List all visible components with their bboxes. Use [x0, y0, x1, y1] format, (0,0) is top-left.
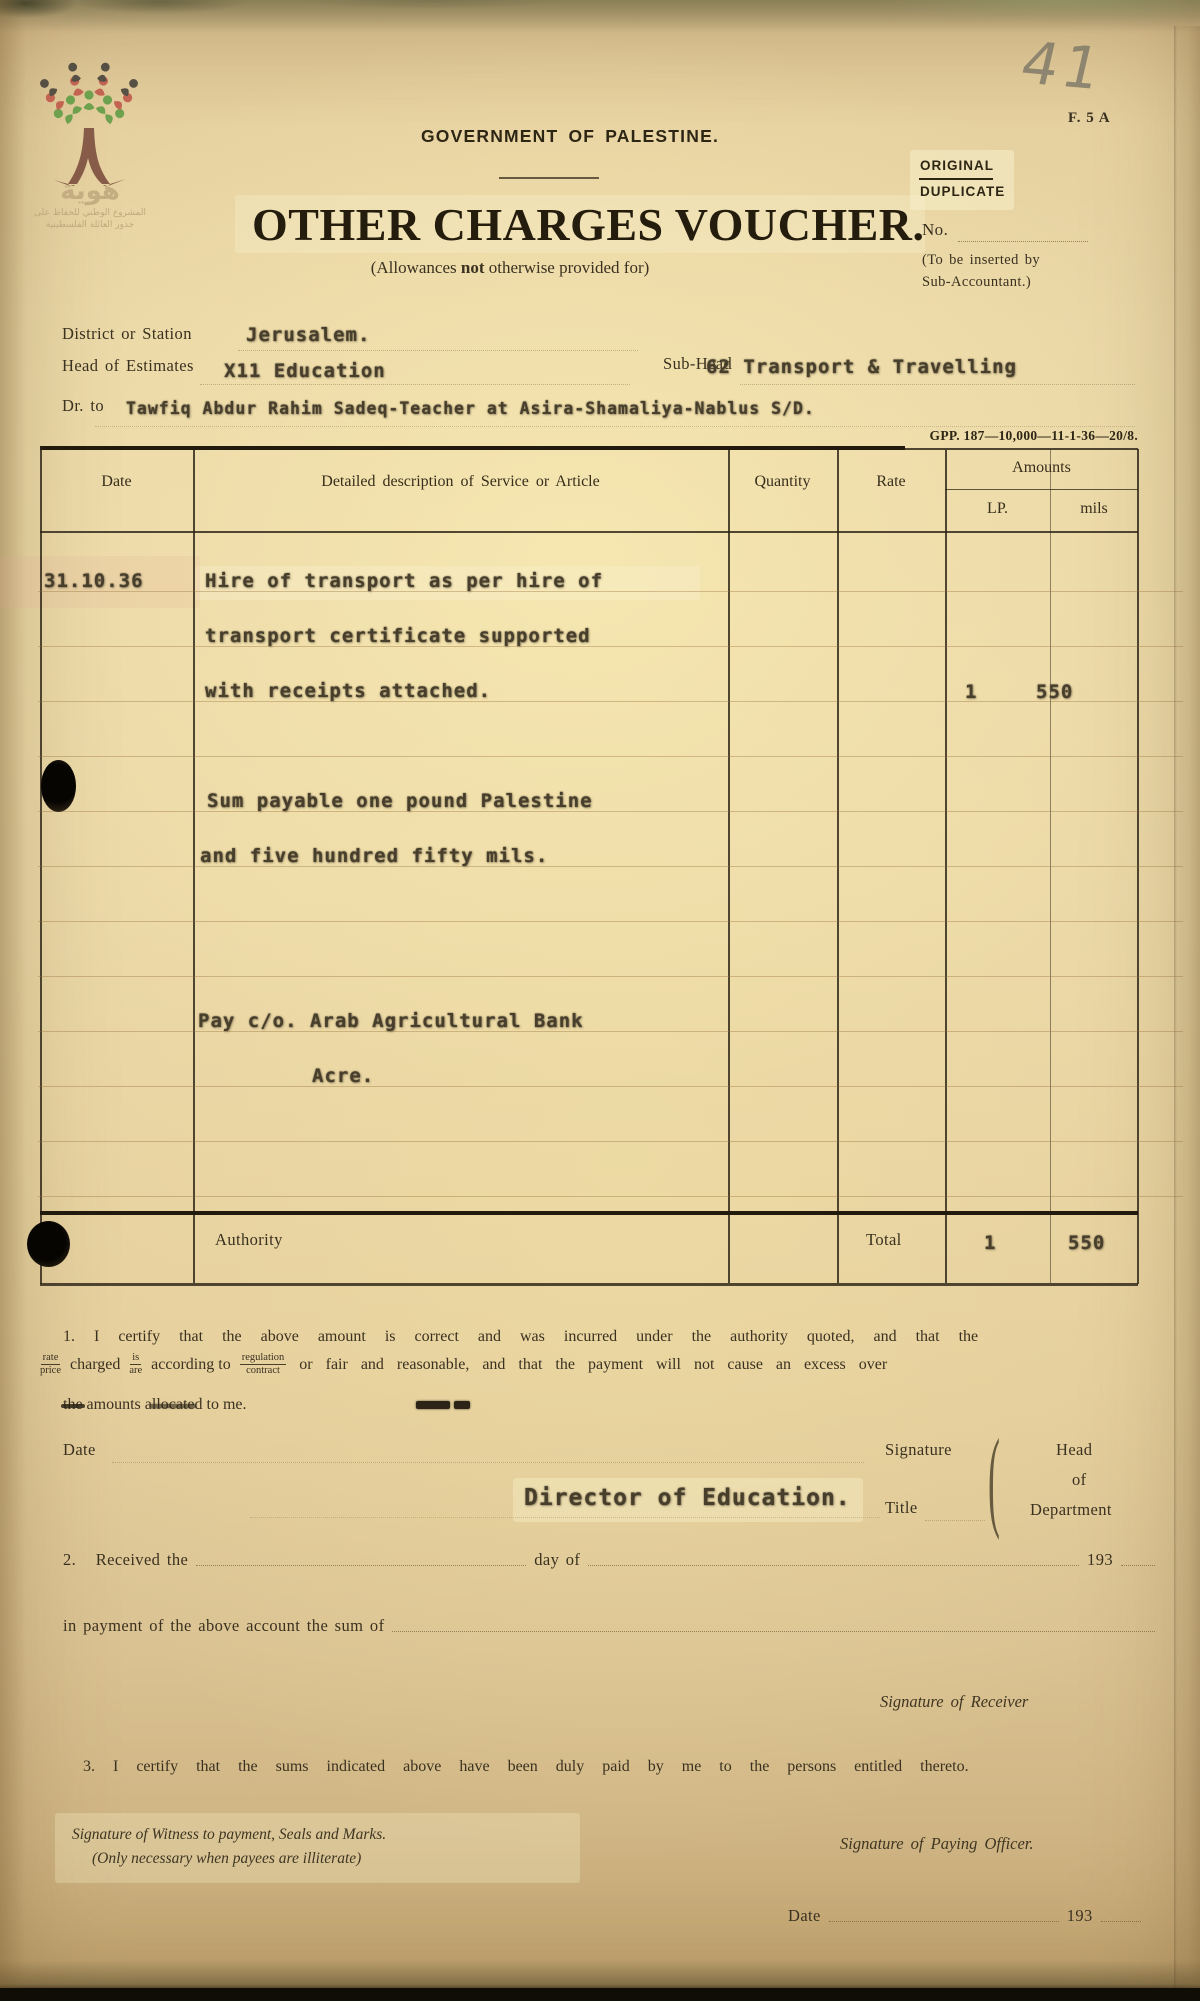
punch-hole — [27, 1221, 70, 1267]
entry-desc-line3: with receipts attached. — [205, 682, 491, 701]
witness-signature-line1: Signature of Witness to payment, Seals a… — [72, 1826, 386, 1844]
sum-note-line1: Sum payable one pound Palestine — [207, 792, 593, 811]
department-brace: ( — [988, 1432, 1000, 1527]
entry-desc-line2: transport certificate supported — [205, 627, 591, 646]
fraction-bottom: price — [40, 1365, 61, 1377]
form-code: F. 5 A — [1068, 110, 1111, 127]
print-reference: GPP. 187—10,000—11-1-36—20/8. — [850, 428, 1138, 444]
voucher-scan: هوية المشروع الوطني للحفاظ على جذور العا… — [0, 0, 1200, 2001]
certification-word2: according to — [151, 1356, 231, 1374]
subtitle-pre: (Allowances — [371, 258, 461, 277]
fraction-top: regulation — [240, 1352, 287, 1365]
ink-smudge-mark — [416, 1401, 450, 1409]
head-of-department-line1: Head — [1056, 1440, 1092, 1460]
in-payment-line: in payment of the above account the sum … — [63, 1616, 1163, 1636]
government-heading: GOVERNMENT OF PALESTINE. — [400, 126, 740, 147]
paying-officer-signature-label: Signature of Paying Officer. — [840, 1834, 1034, 1854]
received-line: 2. Received the day of 193 — [63, 1550, 1163, 1570]
entry-date: 31.10.36 — [44, 572, 144, 591]
fraction-bottom: are — [129, 1365, 142, 1377]
rate-price-fraction: rate price — [40, 1352, 61, 1377]
entry-mils: 550 — [1036, 683, 1073, 702]
punch-hole — [41, 760, 76, 812]
dotted-leader — [1101, 1920, 1141, 1922]
head-of-department-line2: of — [1072, 1470, 1087, 1490]
dr-to-line — [95, 425, 1135, 427]
col-header-amounts: Amounts — [945, 459, 1138, 477]
authority-label: Authority — [215, 1230, 283, 1250]
head-of-estimates-value: X11 Education — [224, 362, 386, 381]
title-label: Title — [885, 1498, 918, 1518]
district-value: Jerusalem. — [246, 326, 370, 345]
footer-date-line: Date 193 — [788, 1906, 1168, 1926]
dr-to-value: Tawfiq Abdur Rahim Sadeq-Teacher at Asir… — [126, 401, 815, 418]
typed-title-value: Director of Education. — [524, 1487, 851, 1510]
typed-title-line — [250, 1516, 880, 1518]
bottom-edge-band — [0, 1988, 1200, 2001]
entry-desc-line1: Hire of transport as per hire of — [205, 572, 603, 591]
title-line — [925, 1519, 985, 1521]
fraction-top: rate — [41, 1352, 61, 1365]
copy-divider — [919, 178, 993, 180]
certification-line2-tail: or fair and reasonable, and that the pay… — [299, 1356, 1140, 1374]
total-mils: 550 — [1068, 1234, 1105, 1253]
subhead-value: 62 Transport & Travelling — [706, 358, 1017, 377]
table-top-border-thin — [905, 448, 1138, 450]
total-row-divider — [40, 1211, 1138, 1215]
pay-note-line1: Pay c/o. Arab Agricultural Bank — [198, 1012, 584, 1031]
signature-label: Signature — [885, 1440, 952, 1460]
dotted-leader — [588, 1564, 1079, 1566]
logo-arabic-title: هوية — [14, 176, 166, 206]
subtitle-post: otherwise provided for) — [485, 258, 650, 277]
subhead-line — [740, 383, 1135, 385]
top-edge-shadow — [0, 0, 1200, 32]
family-tree-logo-icon — [14, 36, 166, 186]
left-edge-shadow — [0, 0, 26, 2001]
dotted-leader — [392, 1630, 1155, 1632]
ink-smudge-mark — [454, 1401, 470, 1409]
in-payment-text: in payment of the above account the sum … — [63, 1616, 384, 1636]
day-of-label: day of — [534, 1550, 580, 1570]
col-header-date: Date — [40, 473, 193, 491]
district-label: District or Station — [62, 324, 192, 344]
head-of-estimates-label: Head of Estimates — [62, 356, 194, 376]
voucher-title: OTHER CHARGES VOUCHER. — [252, 198, 925, 251]
col-header-lp: LP. — [945, 500, 1050, 518]
fraction-bottom: contract — [246, 1365, 280, 1377]
copy-duplicate: DUPLICATE — [920, 184, 1005, 199]
is-are-fraction: is are — [129, 1352, 142, 1377]
dotted-leader — [1121, 1564, 1155, 1566]
total-label: Total — [866, 1230, 902, 1250]
witness-signature-line2: (Only necessary when payees are illitera… — [92, 1850, 361, 1868]
handwritten-number: 41 — [1014, 29, 1111, 103]
col-header-description: Detailed description of Service or Artic… — [193, 473, 728, 491]
voucher-number-label: No. — [922, 220, 948, 240]
certification-line2: rate price charged is are according to r… — [40, 1352, 1140, 1377]
footer-date-label: Date — [788, 1906, 821, 1926]
fraction-top: is — [130, 1352, 141, 1365]
sum-note-line2: and five hundred fifty mils. — [200, 847, 548, 866]
district-line — [238, 349, 638, 351]
entry-lp: 1 — [965, 683, 977, 702]
receiver-signature-label: Signature of Receiver — [880, 1692, 1028, 1712]
total-lp: 1 — [984, 1234, 996, 1253]
heading-rule — [499, 177, 599, 179]
signature-date-label: Date — [63, 1440, 96, 1460]
received-text: 2. Received the — [63, 1550, 188, 1570]
dr-to-label: Dr. to — [62, 396, 104, 416]
dotted-leader — [829, 1920, 1059, 1922]
certification-3: 3. I certify that the sums indicated abo… — [63, 1758, 1141, 1776]
ink-strike-mark — [150, 1404, 196, 1408]
signature-date-line — [112, 1461, 864, 1463]
regulation-contract-fraction: regulation contract — [240, 1352, 287, 1377]
col-header-quantity: Quantity — [728, 473, 837, 491]
col-header-mils: mils — [1050, 500, 1138, 518]
certification-line1: 1. I certify that the above amount is co… — [63, 1328, 1141, 1346]
voucher-number-note2: Sub-Accountant.) — [922, 274, 1031, 291]
footer-year: 193 — [1067, 1906, 1093, 1926]
head-of-department-line3: Department — [1030, 1500, 1112, 1520]
subtitle-bold: not — [461, 258, 485, 277]
table-bottom-border — [40, 1283, 1138, 1286]
certification-word1: charged — [70, 1356, 120, 1374]
received-year: 193 — [1087, 1550, 1113, 1570]
head-of-estimates-line — [200, 383, 630, 385]
col-header-rate: Rate — [837, 473, 945, 491]
voucher-subtitle: (Allowances not otherwise provided for) — [290, 258, 730, 278]
copy-original: ORIGINAL — [920, 158, 994, 173]
pay-note-line2: Acre. — [312, 1067, 374, 1086]
logo-arabic-line2: جذور العائلة الفلسطينية — [14, 220, 166, 230]
struck-word: the — [63, 1396, 83, 1413]
voucher-number-line — [958, 240, 1088, 242]
scan-patch — [55, 1813, 580, 1883]
voucher-number-note1: (To be inserted by — [922, 252, 1040, 269]
logo-arabic-line1: المشروع الوطني للحفاظ على — [14, 208, 166, 218]
dotted-leader — [196, 1564, 526, 1566]
table-header-divider — [40, 531, 1138, 533]
amounts-subdivider — [945, 489, 1138, 490]
table-top-border — [40, 446, 905, 450]
archive-logo: هوية المشروع الوطني للحفاظ على جذور العا… — [14, 36, 166, 224]
